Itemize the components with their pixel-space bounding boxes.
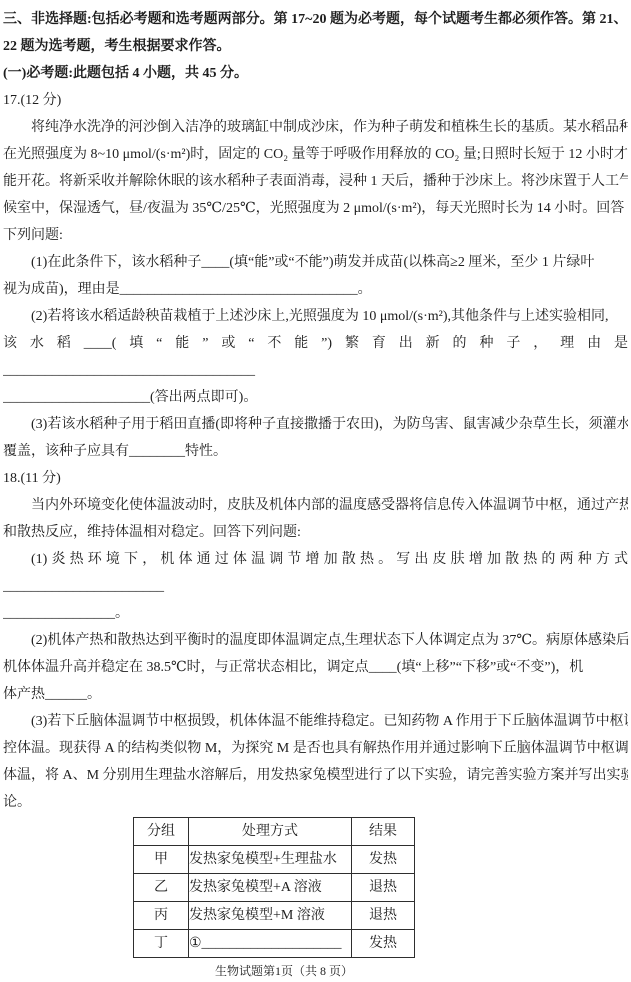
treatment-cell: 发热家兔模型+生理盐水	[189, 846, 352, 874]
page-footer: 生物试题第1页（共 8 页）	[3, 963, 628, 979]
q17-sub3-line: 覆盖，该种子应具有________特性。	[3, 438, 628, 465]
group-cell: 乙	[134, 874, 189, 902]
answer-blank-line: ____________________________________	[3, 357, 628, 384]
answer-blank-line: _____________________(答出两点即可)。	[3, 384, 628, 411]
table-row: 丙 发热家兔模型+M 溶液 退热	[134, 902, 415, 930]
table-row: 丁 ①____________________ 发热	[134, 930, 415, 958]
q18-body-line: 当内外环境变化使体温波动时，皮肤及机体内部的温度感受器将信息传入体温调节中枢，通…	[3, 492, 628, 519]
q17-sub2-line-justified: 该水稻____(填“能”或“不能”)繁育出新的种子，理由是	[3, 330, 628, 357]
result-cell: 退热	[352, 874, 415, 902]
q17-number: 17.(12 分)	[3, 87, 628, 114]
result-cell: 退热	[352, 902, 415, 930]
section-header-line-2: 22 题为选考题，考生根据要求作答。	[3, 33, 628, 60]
q18-sub3-line: 论。	[3, 789, 628, 816]
q17-body-line: 在光照强度为 8~10 μmol/(s·m²)时，固定的 CO₂ 量等于呼吸作用…	[3, 141, 628, 168]
section-header-line-3: (一)必考题:此题包括 4 小题，共 45 分。	[3, 60, 628, 87]
q17-sub2-line: (2)若将该水稻适龄秧苗栽植于上述沙床上,光照强度为 10 μmol/(s·m²…	[3, 303, 628, 330]
section-header-line-1: 三、非选择题:包括必考题和选考题两部分。第 17~20 题为必考题，每个试题考生…	[3, 6, 628, 33]
answer-blank-line: _______________________	[3, 573, 628, 600]
result-cell: 发热	[352, 930, 415, 958]
q17-sub1-line: (1)在此条件下，该水稻种子____(填“能”或“不能”)萌发并成苗(以株高≥2…	[3, 249, 628, 276]
table-row: 乙 发热家兔模型+A 溶液 退热	[134, 874, 415, 902]
table-header-result: 结果	[352, 818, 415, 846]
exam-page: 三、非选择题:包括必考题和选考题两部分。第 17~20 题为必考题，每个试题考生…	[0, 0, 631, 982]
q18-sub2-line: (2)机体产热和散热达到平衡时的温度即体温调定点,生理状态下人体调定点为 37℃…	[3, 627, 628, 654]
q18-sub2-blank-line: 体产热______。	[3, 681, 628, 708]
q17-body-line: 将纯净水洗净的河沙倒入洁净的玻璃缸中制成沙床，作为种子萌发和植株生长的基质。某水…	[3, 114, 628, 141]
answer-blank-line: ________________。	[3, 600, 628, 627]
table-row: 甲 发热家兔模型+生理盐水 发热	[134, 846, 415, 874]
q18-sub3-line: 体温，将 A、M 分别用生理盐水溶解后，用发热家兔模型进行了以下实验，请完善实验…	[3, 762, 628, 789]
q17-sub3-line: (3)若该水稻种子用于稻田直播(即将种子直接撒播于农田)，为防鸟害、鼠害减少杂草…	[3, 411, 628, 438]
experiment-table: 分组 处理方式 结果 甲 发热家兔模型+生理盐水 发热 乙 发热家兔模型+A 溶…	[133, 817, 415, 958]
table-header-treatment: 处理方式	[189, 818, 352, 846]
q18-sub2-line: 机体体温升高并稳定在 38.5℃时，与正常状态相比，调定点____(填“上移”“…	[3, 654, 628, 681]
q18-sub3-line: 控体温。现获得 A 的结构类似物 M，为探究 M 是否也具有解热作用并通过影响下…	[3, 735, 628, 762]
treatment-cell: 发热家兔模型+M 溶液	[189, 902, 352, 930]
q18-body-line: 和散热反应，维持体温相对稳定。回答下列问题:	[3, 519, 628, 546]
table-header-row: 分组 处理方式 结果	[134, 818, 415, 846]
treatment-cell-blank: ①____________________	[189, 930, 352, 958]
q17-body-line: 下列问题:	[3, 222, 628, 249]
treatment-cell: 发热家兔模型+A 溶液	[189, 874, 352, 902]
q17-body-line: 能开花。将新采收并解除休眠的该水稻种子表面消毒，浸种 1 天后，播种于沙床上。将…	[3, 168, 628, 195]
table-header-group: 分组	[134, 818, 189, 846]
group-cell: 丙	[134, 902, 189, 930]
result-cell: 发热	[352, 846, 415, 874]
group-cell: 丁	[134, 930, 189, 958]
q18-sub1-line-justified: (1)炎热环境下，机体通过体温调节增加散热。写出皮肤增加散热的两种方式	[3, 546, 628, 573]
q17-sub1-blank-line: 视为成苗)，理由是_______________________________…	[3, 276, 628, 303]
q18-number: 18.(11 分)	[3, 465, 628, 492]
group-cell: 甲	[134, 846, 189, 874]
q18-sub3-line: (3)若下丘脑体温调节中枢损毁，机体体温不能维持稳定。已知药物 A 作用于下丘脑…	[3, 708, 628, 735]
q17-body-line: 候室中，保湿透气，昼/夜温为 35℃/25℃，光照强度为 2 μmol/(s·m…	[3, 195, 628, 222]
